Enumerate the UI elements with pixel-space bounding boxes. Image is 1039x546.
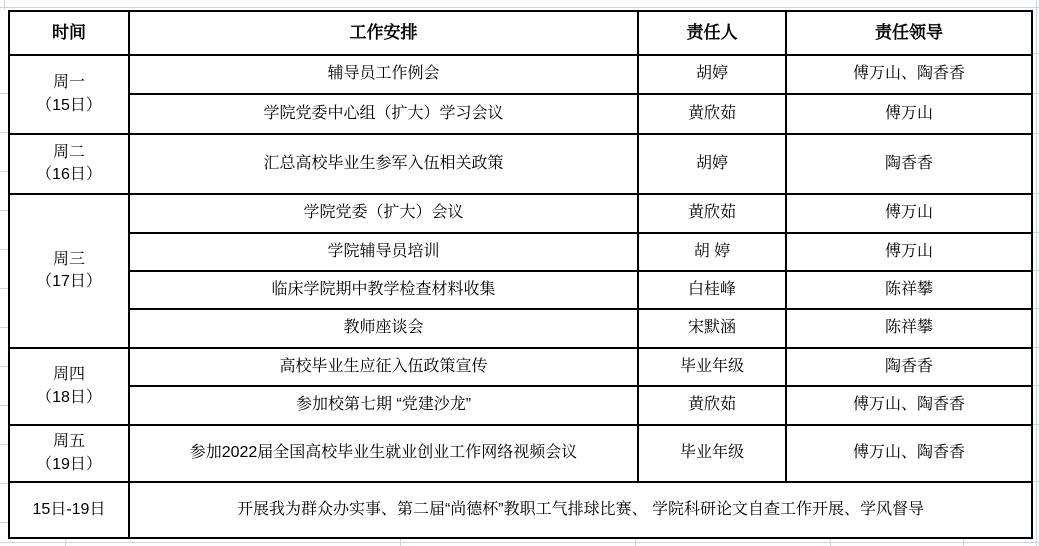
table-row: 15日-19日 开展我为群众办实事、第二届“尚德杯”教职工气排球比赛、 学院科研… bbox=[9, 482, 1032, 538]
person-cell: 白桂峰 bbox=[638, 271, 786, 309]
person-cell: 胡婷 bbox=[638, 55, 786, 94]
header-row: 时间 工作安排 责任人 责任领导 bbox=[9, 11, 1032, 55]
person-cell: 黄欣茹 bbox=[638, 386, 786, 425]
gridline bbox=[0, 327, 8, 328]
gridline bbox=[1036, 0, 1037, 546]
gridline bbox=[0, 132, 8, 133]
week-tasks-cell: 开展我为群众办实事、第二届“尚德杯”教职工气排球比赛、 学院科研论文自查工作开展… bbox=[129, 482, 1032, 538]
gridline bbox=[0, 405, 8, 406]
task-cell: 参加校第七期 “党建沙龙” bbox=[129, 386, 638, 425]
task-cell: 参加2022届全国高校毕业生就业创业工作网络视频会议 bbox=[129, 425, 638, 482]
time-cell-thursday: 周四 （18日） bbox=[9, 348, 129, 425]
task-cell: 临床学院期中教学检查材料收集 bbox=[129, 271, 638, 309]
person-cell: 黄欣茹 bbox=[638, 194, 786, 233]
time-cell-friday: 周五 （19日） bbox=[9, 425, 129, 482]
leader-cell: 陈祥攀 bbox=[786, 271, 1032, 309]
task-cell: 辅导员工作例会 bbox=[129, 55, 638, 94]
date-label: （19日） bbox=[14, 454, 124, 476]
gridline bbox=[0, 542, 1039, 543]
gridline bbox=[0, 288, 8, 289]
leader-cell: 傅万山、陶香香 bbox=[786, 425, 1032, 482]
table-row: 周一 （15日） 辅导员工作例会 胡婷 傅万山、陶香香 bbox=[9, 55, 1032, 94]
task-cell: 学院党委（扩大）会议 bbox=[129, 194, 638, 233]
person-cell: 胡婷 bbox=[638, 134, 786, 194]
table-row: 周四 （18日） 高校毕业生应征入伍政策宣传 毕业年级 陶香香 bbox=[9, 348, 1032, 386]
weekday-label: 周一 bbox=[14, 72, 124, 94]
table-row: 学院党委中心组（扩大）学习会议 黄欣茹 傅万山 bbox=[9, 94, 1032, 134]
gridline bbox=[0, 483, 8, 484]
gridline bbox=[0, 7, 1039, 8]
leader-cell: 陶香香 bbox=[786, 134, 1032, 194]
date-label: （18日） bbox=[14, 387, 124, 409]
time-cell-monday: 周一 （15日） bbox=[9, 55, 129, 134]
gridline bbox=[0, 249, 8, 250]
leader-cell: 陶香香 bbox=[786, 348, 1032, 386]
gridline bbox=[0, 444, 8, 445]
task-cell: 教师座谈会 bbox=[129, 309, 638, 348]
time-cell-wednesday: 周三 （17日） bbox=[9, 194, 129, 348]
weekday-label: 周三 bbox=[14, 249, 124, 271]
gridline bbox=[0, 522, 8, 523]
date-label: （16日） bbox=[14, 164, 124, 186]
leader-cell: 傅万山 bbox=[786, 233, 1032, 271]
gridline bbox=[0, 93, 8, 94]
person-cell: 宋默涵 bbox=[638, 309, 786, 348]
task-cell: 学院党委中心组（扩大）学习会议 bbox=[129, 94, 638, 134]
header-task: 工作安排 bbox=[129, 11, 638, 55]
work-schedule-table: 时间 工作安排 责任人 责任领导 周一 （15日） 辅导员工作例会 胡婷 傅万山… bbox=[8, 10, 1033, 539]
date-label: （15日） bbox=[14, 95, 124, 117]
table-row: 临床学院期中教学检查材料收集 白桂峰 陈祥攀 bbox=[9, 271, 1032, 309]
table-row: 学院辅导员培训 胡 婷 傅万山 bbox=[9, 233, 1032, 271]
time-cell-tuesday: 周二 （16日） bbox=[9, 134, 129, 194]
leader-cell: 傅万山 bbox=[786, 194, 1032, 233]
person-cell: 胡 婷 bbox=[638, 233, 786, 271]
gridline bbox=[0, 366, 8, 367]
date-label: （17日） bbox=[14, 271, 124, 293]
spreadsheet-canvas: 时间 工作安排 责任人 责任领导 周一 （15日） 辅导员工作例会 胡婷 傅万山… bbox=[0, 0, 1039, 546]
gridline bbox=[4, 0, 5, 10]
header-person: 责任人 bbox=[638, 11, 786, 55]
task-cell: 汇总高校毕业生参军入伍相关政策 bbox=[129, 134, 638, 194]
weekday-label: 周二 bbox=[14, 142, 124, 164]
leader-cell: 傅万山、陶香香 bbox=[786, 55, 1032, 94]
leader-cell: 傅万山、陶香香 bbox=[786, 386, 1032, 425]
leader-cell: 陈祥攀 bbox=[786, 309, 1032, 348]
person-cell: 黄欣茹 bbox=[638, 94, 786, 134]
task-cell: 高校毕业生应征入伍政策宣传 bbox=[129, 348, 638, 386]
table-row: 周二 （16日） 汇总高校毕业生参军入伍相关政策 胡婷 陶香香 bbox=[9, 134, 1032, 194]
time-cell-week-range: 15日-19日 bbox=[9, 482, 129, 538]
weekday-label: 周五 bbox=[14, 431, 124, 453]
person-cell: 毕业年级 bbox=[638, 425, 786, 482]
weekday-label: 周四 bbox=[14, 364, 124, 386]
table-row: 周三 （17日） 学院党委（扩大）会议 黄欣茹 傅万山 bbox=[9, 194, 1032, 233]
header-leader: 责任领导 bbox=[786, 11, 1032, 55]
gridline bbox=[0, 171, 8, 172]
table-row: 参加校第七期 “党建沙龙” 黄欣茹 傅万山、陶香香 bbox=[9, 386, 1032, 425]
person-cell: 毕业年级 bbox=[638, 348, 786, 386]
table-row: 教师座谈会 宋默涵 陈祥攀 bbox=[9, 309, 1032, 348]
table-row: 周五 （19日） 参加2022届全国高校毕业生就业创业工作网络视频会议 毕业年级… bbox=[9, 425, 1032, 482]
task-cell: 学院辅导员培训 bbox=[129, 233, 638, 271]
gridline bbox=[0, 210, 8, 211]
leader-cell: 傅万山 bbox=[786, 94, 1032, 134]
header-time: 时间 bbox=[9, 11, 129, 55]
